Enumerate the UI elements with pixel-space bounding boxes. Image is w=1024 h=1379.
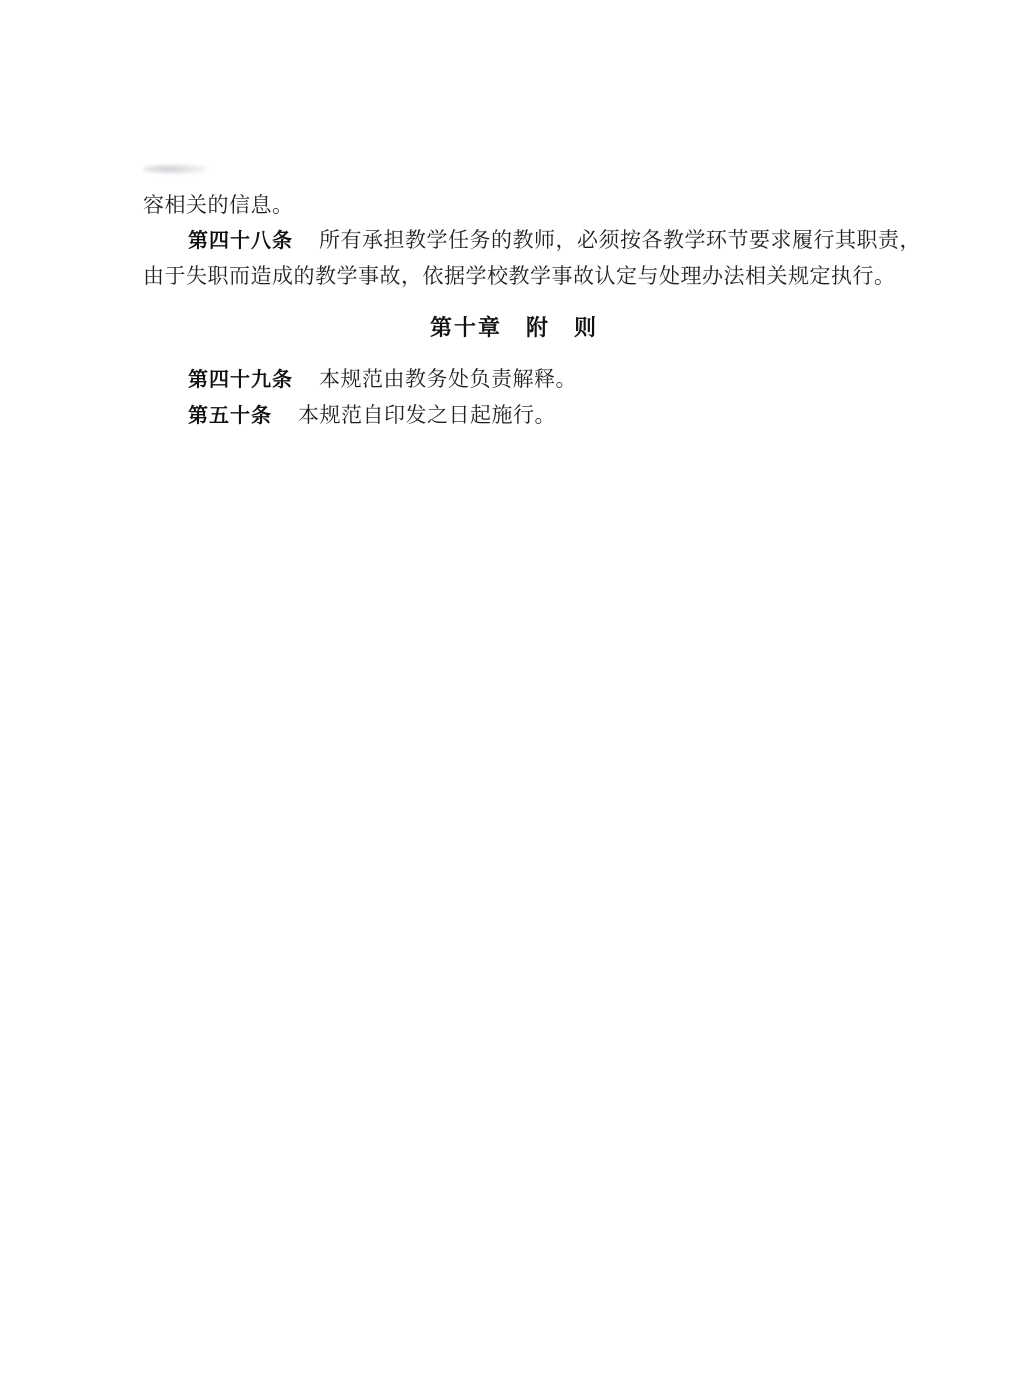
- article-48-line-1: 第四十八条所有承担教学任务的教师，必须按各教学环节要求履行其职责，: [143, 223, 885, 259]
- article-48-line-2: 由于失职而造成的教学事故，依据学校教学事故认定与处理办法相关规定执行。: [143, 259, 885, 294]
- article-49-text: 本规范由教务处负责解释。: [319, 367, 577, 391]
- paragraph-continuation-line: 容相关的信息。: [143, 188, 885, 223]
- article-48-text: 所有承担教学任务的教师，必须按各教学环节要求履行其职责，: [319, 228, 921, 252]
- article-49-label: 第四十九条: [188, 369, 293, 391]
- article-49-line: 第四十九条本规范由教务处负责解释。: [143, 362, 885, 398]
- article-48-label: 第四十八条: [188, 230, 293, 252]
- article-50-label: 第五十条: [188, 405, 272, 427]
- article-50-text: 本规范自印发之日起施行。: [298, 403, 556, 427]
- document-page: 容相关的信息。 第四十八条所有承担教学任务的教师，必须按各教学环节要求履行其职责…: [0, 0, 1024, 1379]
- article-50-line: 第五十条本规范自印发之日起施行。: [143, 398, 885, 434]
- scan-smudge-artifact: [143, 164, 207, 174]
- chapter-10-heading: 第十章 附 则: [143, 310, 885, 345]
- document-content: 容相关的信息。 第四十八条所有承担教学任务的教师，必须按各教学环节要求履行其职责…: [143, 188, 885, 434]
